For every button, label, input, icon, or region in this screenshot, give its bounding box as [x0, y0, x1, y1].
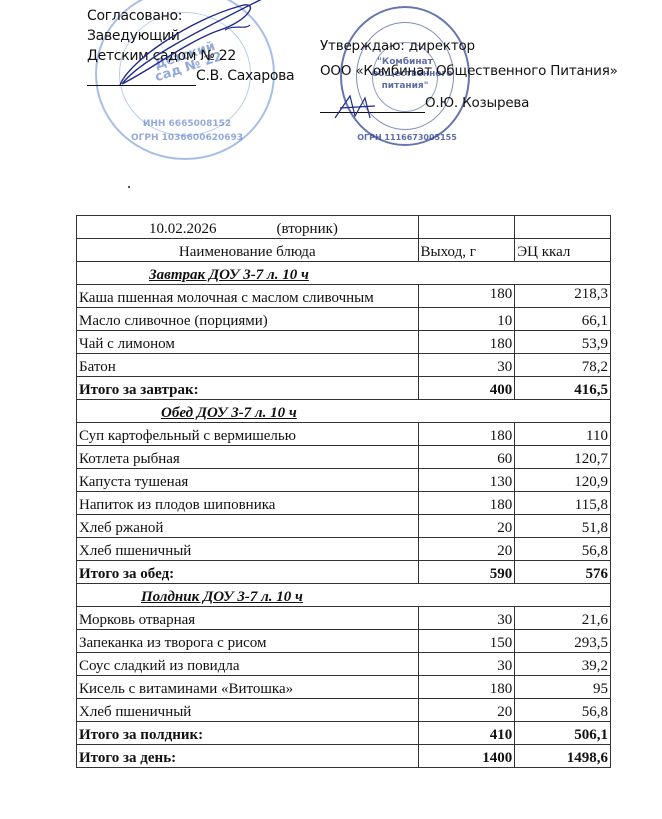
dish-name: Батон [77, 354, 419, 377]
agreed-label: Согласовано: [87, 6, 294, 26]
dish-row: Хлеб пшеничный2056,8 [77, 699, 611, 722]
left-signer-name: С.В. Сахарова [196, 68, 294, 84]
dish-yield: 180 [418, 676, 515, 699]
dish-kcal: 115,8 [515, 492, 611, 515]
dish-row: Кисель с витаминами «Витошка»18095 [77, 676, 611, 699]
dish-kcal: 95 [515, 676, 611, 699]
dish-name: Напиток из плодов шиповника [77, 492, 419, 515]
dish-kcal: 21,6 [515, 607, 611, 630]
dish-row: Батон3078,2 [77, 354, 611, 377]
total-label: Итого за завтрак: [77, 377, 419, 400]
stamp-inn-text: ИНН 6665008152 [137, 118, 237, 130]
dish-row: Капуста тушеная130120,9 [77, 469, 611, 492]
section-title: Обед ДОУ 3-7 л. 10 ч [77, 400, 611, 423]
dish-name: Суп картофельный с вермишелью [77, 423, 419, 446]
header-yield: Выход, г [418, 239, 515, 262]
total-kcal: 506,1 [515, 722, 611, 745]
dish-row: Морковь отварная3021,6 [77, 607, 611, 630]
total-label: Итого за обед: [77, 561, 419, 584]
total-kcal: 416,5 [515, 377, 611, 400]
dish-yield: 10 [418, 308, 515, 331]
stray-dot [128, 186, 130, 188]
right-signer-name: О.Ю. Козырева [425, 95, 529, 111]
dish-kcal: 39,2 [515, 653, 611, 676]
stamp-ogrn-text: ОГРН 1116673005155 [352, 132, 462, 144]
head-title: Заведующий [87, 26, 294, 46]
approval-right-block: Утверждаю: директор ООО «Комбинат Общест… [320, 36, 618, 113]
dish-name: Запеканка из творога с рисом [77, 630, 419, 653]
dish-yield: 30 [418, 607, 515, 630]
dish-kcal: 56,8 [515, 538, 611, 561]
dish-yield: 180 [418, 285, 515, 308]
dish-yield: 20 [418, 538, 515, 561]
header-dish-name: Наименование блюда [77, 239, 419, 262]
dish-yield: 20 [418, 699, 515, 722]
dish-kcal: 110 [515, 423, 611, 446]
dish-name: Масло сливочное (порциями) [77, 308, 419, 331]
dish-yield: 130 [418, 469, 515, 492]
dish-name: Хлеб пшеничный [77, 538, 419, 561]
section-title: Завтрак ДОУ 3-7 л. 10 ч [77, 262, 611, 285]
section-total-row: Итого за обед:590576 [77, 561, 611, 584]
signature-line [320, 96, 425, 113]
dish-kcal: 51,8 [515, 515, 611, 538]
signature-line [87, 69, 196, 86]
dish-kcal: 293,5 [515, 630, 611, 653]
dish-yield: 60 [418, 446, 515, 469]
dish-yield: 30 [418, 354, 515, 377]
section-title: Полдник ДОУ 3-7 л. 10 ч [77, 584, 611, 607]
date-row: 10.02.2026(вторник) [77, 216, 611, 239]
section-total-row: Итого за завтрак:400416,5 [77, 377, 611, 400]
menu-date: 10.02.2026 [149, 221, 217, 237]
dish-name: Каша пшенная молочная с маслом сливочным [77, 285, 419, 308]
dish-yield: 180 [418, 423, 515, 446]
dish-row: Суп картофельный с вермишелью180110 [77, 423, 611, 446]
dish-yield: 180 [418, 492, 515, 515]
dish-name: Соус сладкий из повидла [77, 653, 419, 676]
day-total-kcal: 1498,6 [515, 745, 611, 768]
day-total-label: Итого за день: [77, 745, 419, 768]
dish-name: Чай с лимоном [77, 331, 419, 354]
dish-row: Котлета рыбная60120,7 [77, 446, 611, 469]
dish-name: Морковь отварная [77, 607, 419, 630]
dish-kcal: 218,3 [515, 285, 611, 308]
dish-row: Хлеб ржаной2051,8 [77, 515, 611, 538]
dish-yield: 150 [418, 630, 515, 653]
header-row: Наименование блюда Выход, г ЭЦ ккал [77, 239, 611, 262]
approval-left-block: Согласовано: Заведующий Детским садом № … [87, 6, 294, 86]
section-header-row: Полдник ДОУ 3-7 л. 10 ч [77, 584, 611, 607]
dish-row: Напиток из плодов шиповника180115,8 [77, 492, 611, 515]
total-yield: 400 [418, 377, 515, 400]
day-total-row: Итого за день:14001498,6 [77, 745, 611, 768]
dish-name: Хлеб ржаной [77, 515, 419, 538]
total-yield: 590 [418, 561, 515, 584]
total-label: Итого за полдник: [77, 722, 419, 745]
day-total-yield: 1400 [418, 745, 515, 768]
dish-kcal: 66,1 [515, 308, 611, 331]
total-kcal: 576 [515, 561, 611, 584]
left-signature-row: С.В. Сахарова [87, 66, 294, 86]
dish-row: Хлеб пшеничный2056,8 [77, 538, 611, 561]
right-signature-row: О.Ю. Козырева [320, 93, 618, 113]
dish-row: Каша пшенная молочная с маслом сливочным… [77, 285, 611, 308]
dish-name: Хлеб пшеничный [77, 699, 419, 722]
dish-kcal: 56,8 [515, 699, 611, 722]
dish-kcal: 120,7 [515, 446, 611, 469]
dish-yield: 30 [418, 653, 515, 676]
dish-name: Кисель с витаминами «Витошка» [77, 676, 419, 699]
dish-name: Котлета рыбная [77, 446, 419, 469]
section-total-row: Итого за полдник:410506,1 [77, 722, 611, 745]
dish-row: Масло сливочное (порциями)1066,1 [77, 308, 611, 331]
total-yield: 410 [418, 722, 515, 745]
dish-row: Запеканка из творога с рисом150293,5 [77, 630, 611, 653]
date-cell: 10.02.2026(вторник) [77, 216, 419, 239]
company-name: ООО «Комбинат Общественного Питания» [320, 61, 618, 81]
dish-yield: 180 [418, 331, 515, 354]
header-energy: ЭЦ ккал [515, 239, 611, 262]
stamp-ogrn-text: ОГРН 1036600620693 [127, 132, 247, 144]
dish-kcal: 53,9 [515, 331, 611, 354]
menu-weekday: (вторник) [277, 221, 338, 237]
dish-kcal: 78,2 [515, 354, 611, 377]
menu-table: 10.02.2026(вторник) Наименование блюда В… [76, 215, 611, 768]
dish-kcal: 120,9 [515, 469, 611, 492]
section-header-row: Завтрак ДОУ 3-7 л. 10 ч [77, 262, 611, 285]
approve-label: Утверждаю: директор [320, 36, 618, 56]
dish-yield: 20 [418, 515, 515, 538]
dish-row: Соус сладкий из повидла3039,2 [77, 653, 611, 676]
kindergarten-name: Детским садом № 22 [87, 46, 294, 66]
dish-row: Чай с лимоном18053,9 [77, 331, 611, 354]
dish-name: Капуста тушеная [77, 469, 419, 492]
section-header-row: Обед ДОУ 3-7 л. 10 ч [77, 400, 611, 423]
